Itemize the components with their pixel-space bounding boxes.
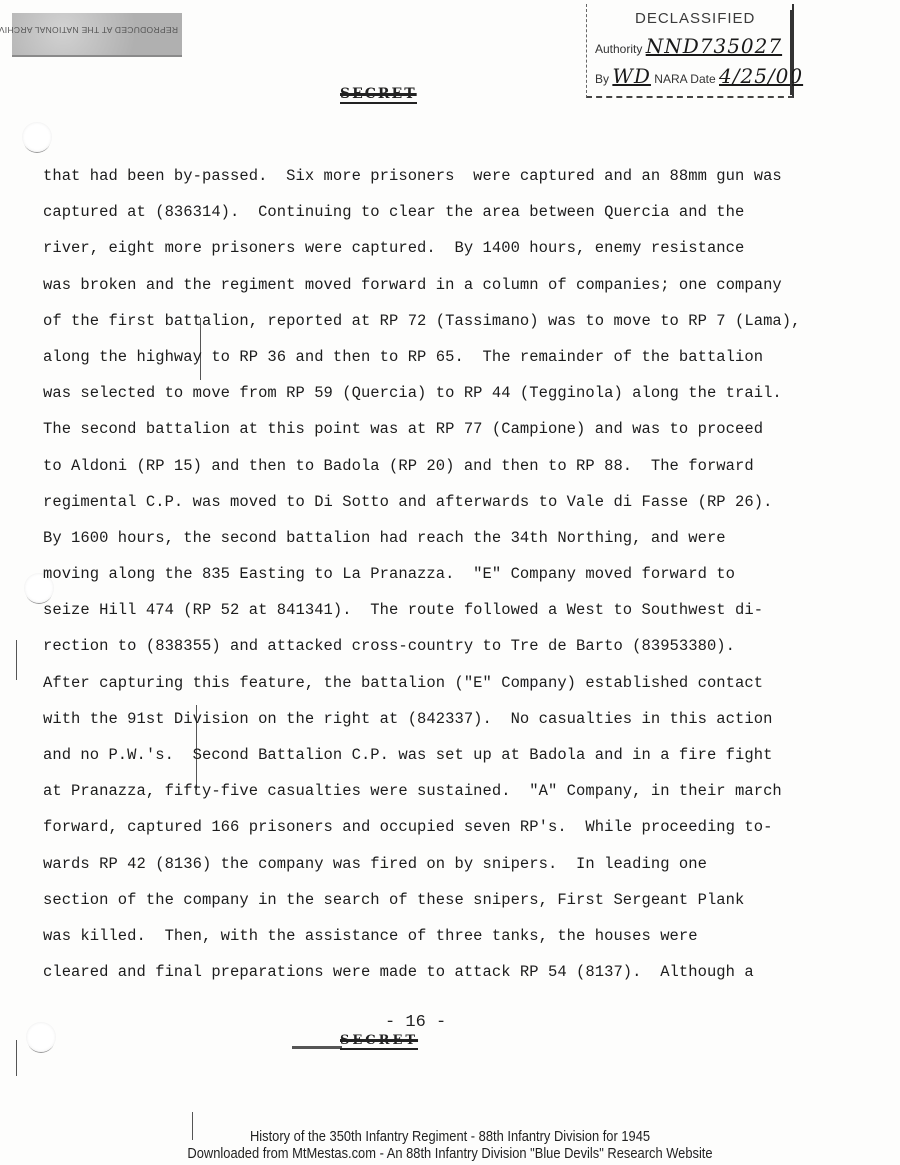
punch-hole-top [22, 122, 52, 152]
body-line: was broken and the regiment moved forwar… [43, 273, 803, 309]
body-line: was selected to move from RP 59 (Quercia… [43, 381, 803, 417]
body-line: cleared and final preparations were made… [43, 960, 803, 996]
classification-stamp-footer: SECRET [340, 1034, 418, 1050]
source-caption-download: Downloaded from MtMestas.com - An 88th I… [63, 1145, 837, 1162]
authority-label: Authority [595, 42, 642, 56]
body-line: was killed. Then, with the assistance of… [43, 924, 803, 960]
authority-row: Authority NND735027 [595, 34, 782, 58]
page-number: - 16 - [385, 1013, 446, 1032]
declassification-stamp: DECLASSIFIED Authority NND735027 By WD N… [586, 4, 794, 98]
margin-mark [16, 640, 17, 680]
reproduction-banner-text: REPRODUCED AT THE NATIONAL ARCHIVES [16, 25, 178, 35]
body-line: captured at (836314). Continuing to clea… [43, 200, 803, 236]
body-line: with the 91st Division on the right at (… [43, 707, 803, 743]
footer-strike-mark [292, 1046, 342, 1049]
body-line: By 1600 hours, the second battalion had … [43, 526, 803, 562]
declassified-title: DECLASSIFIED [635, 10, 755, 27]
margin-mark [16, 1040, 17, 1076]
body-line: section of the company in the search of … [43, 888, 803, 924]
nara-date-label: NARA Date [654, 72, 715, 86]
punch-hole-bottom [26, 1022, 56, 1052]
body-line: river, eight more prisoners were capture… [43, 236, 803, 272]
reproduction-banner: REPRODUCED AT THE NATIONAL ARCHIVES [12, 13, 182, 57]
body-line: moving along the 835 Easting to La Prana… [43, 562, 803, 598]
body-line: forward, captured 166 prisoners and occu… [43, 815, 803, 851]
authority-value: NND735027 [646, 34, 782, 58]
body-line: at Pranazza, fifty-five casualties were … [43, 779, 803, 815]
by-date-row: By WD NARA Date 4/25/00 [595, 64, 803, 88]
body-line: that had been by-passed. Six more prison… [43, 164, 803, 200]
body-line: regimental C.P. was moved to Di Sotto an… [43, 490, 803, 526]
by-label: By [595, 72, 609, 86]
margin-mark [790, 10, 792, 95]
body-line: The second battalion at this point was a… [43, 417, 803, 453]
body-line: and no P.W.'s. Second Battalion C.P. was… [43, 743, 803, 779]
source-caption-title: History of the 350th Infantry Regiment -… [63, 1128, 837, 1145]
body-line: seize Hill 474 (RP 52 at 841341). The ro… [43, 598, 803, 634]
body-line: After capturing this feature, the battal… [43, 671, 803, 707]
body-line: rection to (838355) and attacked cross-c… [43, 634, 803, 670]
by-value: WD [612, 64, 651, 88]
classification-stamp-header: SECRET [340, 86, 417, 104]
body-line: wards RP 42 (8136) the company was fired… [43, 852, 803, 888]
body-line: along the highway to RP 36 and then to R… [43, 345, 803, 381]
body-text: that had been by-passed. Six more prison… [43, 164, 803, 996]
body-line: to Aldoni (RP 15) and then to Badola (RP… [43, 454, 803, 490]
body-line: of the first battalion, reported at RP 7… [43, 309, 803, 345]
